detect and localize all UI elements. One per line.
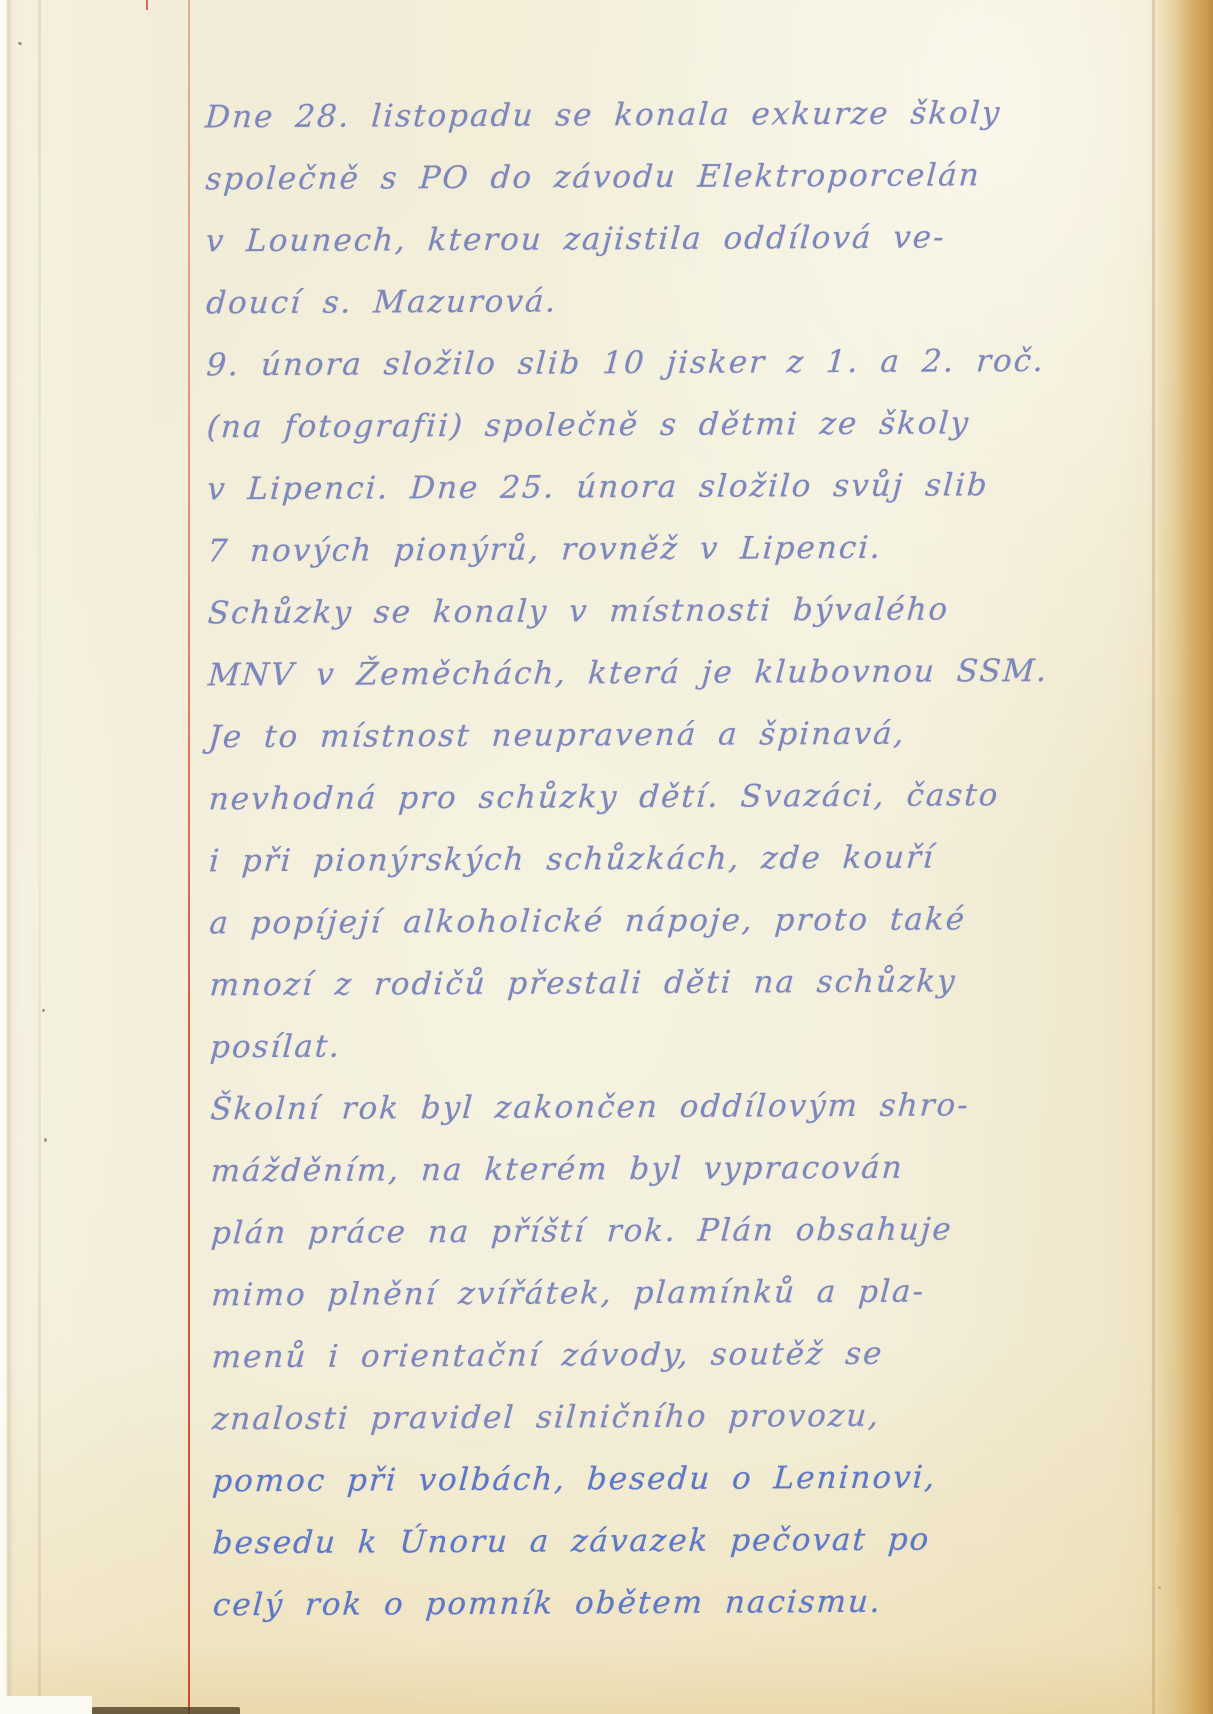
text-line: doucí s. Mazurová. bbox=[204, 268, 1108, 335]
binding-bottom-strip bbox=[0, 1696, 92, 1714]
text-line: 9. února složilo slib 10 jisker z 1. a 2… bbox=[205, 330, 1109, 397]
notebook-page: Dne 28. listopadu se konala exkurze škol… bbox=[0, 0, 1213, 1714]
text-line: v Lounech, kterou zajistila oddílová ve- bbox=[204, 206, 1108, 273]
text-line: MNV v Žeměchách, která je klubovnou SSM. bbox=[206, 640, 1110, 707]
red-margin-line bbox=[188, 0, 190, 1714]
text-line: společně s PO do závodu Elektroporcelán bbox=[204, 144, 1108, 211]
paper-speck bbox=[44, 1138, 47, 1142]
text-line: mážděním, na kterém byl vypracován bbox=[209, 1136, 1113, 1203]
text-line: (na fotografii) společně s dětmi ze škol… bbox=[205, 392, 1109, 459]
text-line: znalosti pravidel silničního provozu, bbox=[210, 1384, 1114, 1451]
text-line: Dne 28. listopadu se konala exkurze škol… bbox=[203, 82, 1107, 149]
page-right-edge bbox=[1149, 0, 1213, 1714]
page-left-edge bbox=[0, 0, 56, 1714]
paper-speck bbox=[42, 1009, 45, 1012]
text-line: i při pionýrských schůzkách, zde kouří bbox=[207, 826, 1111, 893]
red-margin-tick bbox=[146, 0, 148, 10]
text-line: posílat. bbox=[208, 1012, 1112, 1079]
text-line: Schůzky se konaly v místnosti bývalého bbox=[206, 578, 1110, 645]
text-line: menů i orientační závody, soutěž se bbox=[210, 1322, 1114, 1389]
paper-crease bbox=[38, 0, 41, 1714]
text-line: Školní rok byl zakončen oddílovým shro- bbox=[208, 1074, 1112, 1141]
text-line: besedu k Únoru a závazek pečovat po bbox=[211, 1508, 1115, 1575]
text-line: Je to místnost neupravená a špinavá, bbox=[207, 702, 1111, 769]
binding-bottom-shadow bbox=[92, 1707, 240, 1714]
handwritten-text: Dne 28. listopadu se konala exkurze škol… bbox=[203, 82, 1111, 1637]
text-line: a popíjejí alkoholické nápoje, proto tak… bbox=[207, 888, 1111, 955]
text-line: celý rok o pomník obětem nacismu. bbox=[211, 1570, 1115, 1637]
text-line: mnozí z rodičů přestali děti na schůzky bbox=[208, 950, 1112, 1017]
paper-speck bbox=[1158, 1586, 1161, 1589]
text-line: mimo plnění zvířátek, plamínků a pla- bbox=[209, 1260, 1113, 1327]
text-line: 7 nových pionýrů, rovněž v Lipenci. bbox=[206, 516, 1110, 583]
text-line: v Lipenci. Dne 25. února složilo svůj sl… bbox=[205, 454, 1109, 521]
text-line: pomoc při volbách, besedu o Leninovi, bbox=[210, 1446, 1114, 1513]
text-line: nevhodná pro schůzky dětí. Svazáci, čast… bbox=[207, 764, 1111, 831]
text-line: plán práce na příští rok. Plán obsahuje bbox=[209, 1198, 1113, 1265]
